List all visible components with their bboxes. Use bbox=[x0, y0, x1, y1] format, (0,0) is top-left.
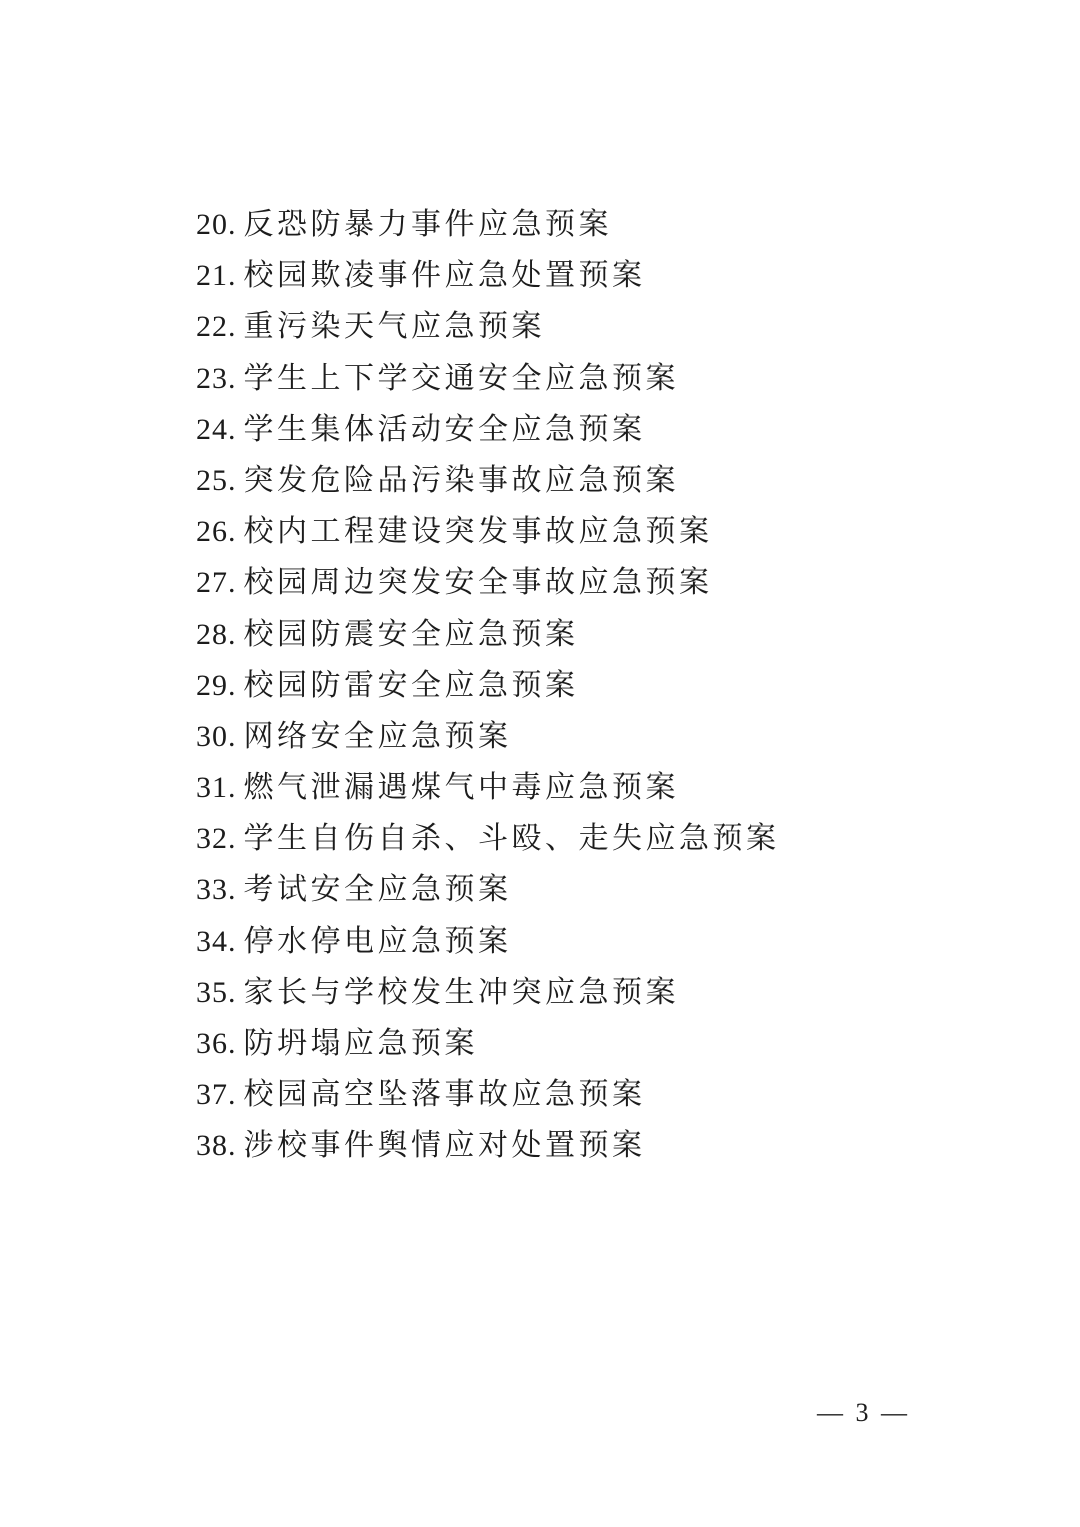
item-text: 网络安全应急预案 bbox=[244, 720, 512, 753]
list-item: 28.校园防震安全应急预案 bbox=[196, 609, 780, 660]
item-text: 学生自伤自杀、斗殴、走失应急预案 bbox=[244, 822, 780, 855]
item-text: 重污染天气应急预案 bbox=[244, 310, 546, 343]
list-item: 35.家长与学校发生冲突应急预案 bbox=[196, 967, 780, 1018]
item-number: 29. bbox=[196, 669, 237, 702]
item-number: 23. bbox=[196, 362, 237, 395]
item-text: 校园防震安全应急预案 bbox=[244, 618, 579, 651]
item-text: 考试安全应急预案 bbox=[244, 873, 512, 906]
list-item: 21.校园欺凌事件应急处置预案 bbox=[196, 250, 780, 301]
item-text: 校园周边突发安全事故应急预案 bbox=[244, 566, 713, 599]
list-item: 38.涉校事件舆情应对处置预案 bbox=[196, 1120, 780, 1171]
list-item: 34.停水停电应急预案 bbox=[196, 916, 780, 967]
item-number: 26. bbox=[196, 515, 237, 548]
item-number: 25. bbox=[196, 464, 237, 497]
item-text: 涉校事件舆情应对处置预案 bbox=[244, 1129, 646, 1162]
list-item: 37.校园高空坠落事故应急预案 bbox=[196, 1069, 780, 1120]
item-number: 34. bbox=[196, 925, 237, 958]
item-number: 20. bbox=[196, 208, 237, 241]
item-text: 防坍塌应急预案 bbox=[244, 1027, 479, 1060]
item-number: 28. bbox=[196, 618, 237, 651]
list-item: 20.反恐防暴力事件应急预案 bbox=[196, 199, 780, 250]
list-item: 30.网络安全应急预案 bbox=[196, 711, 780, 762]
item-number: 33. bbox=[196, 873, 237, 906]
list-item: 23.学生上下学交通安全应急预案 bbox=[196, 353, 780, 404]
list-item: 29.校园防雷安全应急预案 bbox=[196, 660, 780, 711]
item-text: 校园高空坠落事故应急预案 bbox=[244, 1078, 646, 1111]
item-number: 37. bbox=[196, 1078, 237, 1111]
list-item: 22.重污染天气应急预案 bbox=[196, 301, 780, 352]
list-item: 27.校园周边突发安全事故应急预案 bbox=[196, 557, 780, 608]
list-item: 26.校内工程建设突发事故应急预案 bbox=[196, 506, 780, 557]
item-text: 燃气泄漏遇煤气中毒应急预案 bbox=[244, 771, 680, 804]
item-text: 突发危险品污染事故应急预案 bbox=[244, 464, 680, 497]
item-text: 学生集体活动安全应急预案 bbox=[244, 413, 646, 446]
item-text: 校园防雷安全应急预案 bbox=[244, 669, 579, 702]
item-text: 反恐防暴力事件应急预案 bbox=[244, 208, 613, 241]
list-item: 32.学生自伤自杀、斗殴、走失应急预案 bbox=[196, 813, 780, 864]
item-text: 校内工程建设突发事故应急预案 bbox=[244, 515, 713, 548]
list-item: 24.学生集体活动安全应急预案 bbox=[196, 404, 780, 455]
item-text: 校园欺凌事件应急处置预案 bbox=[244, 259, 646, 292]
list-item: 33.考试安全应急预案 bbox=[196, 864, 780, 915]
list-item: 31.燃气泄漏遇煤气中毒应急预案 bbox=[196, 762, 780, 813]
item-text: 学生上下学交通安全应急预案 bbox=[244, 362, 680, 395]
page-number: — 3 — bbox=[817, 1398, 910, 1428]
item-number: 31. bbox=[196, 771, 237, 804]
item-number: 30. bbox=[196, 720, 237, 753]
item-number: 22. bbox=[196, 310, 237, 343]
item-number: 38. bbox=[196, 1129, 237, 1162]
item-number: 27. bbox=[196, 566, 237, 599]
item-number: 24. bbox=[196, 413, 237, 446]
document-page: 20.反恐防暴力事件应急预案 21.校园欺凌事件应急处置预案 22.重污染天气应… bbox=[0, 0, 1080, 1527]
item-text: 家长与学校发生冲突应急预案 bbox=[244, 976, 680, 1009]
emergency-plan-list: 20.反恐防暴力事件应急预案 21.校园欺凌事件应急处置预案 22.重污染天气应… bbox=[196, 199, 780, 1172]
item-number: 36. bbox=[196, 1027, 237, 1060]
item-number: 35. bbox=[196, 976, 237, 1009]
item-number: 21. bbox=[196, 259, 237, 292]
list-item: 36.防坍塌应急预案 bbox=[196, 1018, 780, 1069]
item-number: 32. bbox=[196, 822, 237, 855]
item-text: 停水停电应急预案 bbox=[244, 925, 512, 958]
list-item: 25.突发危险品污染事故应急预案 bbox=[196, 455, 780, 506]
